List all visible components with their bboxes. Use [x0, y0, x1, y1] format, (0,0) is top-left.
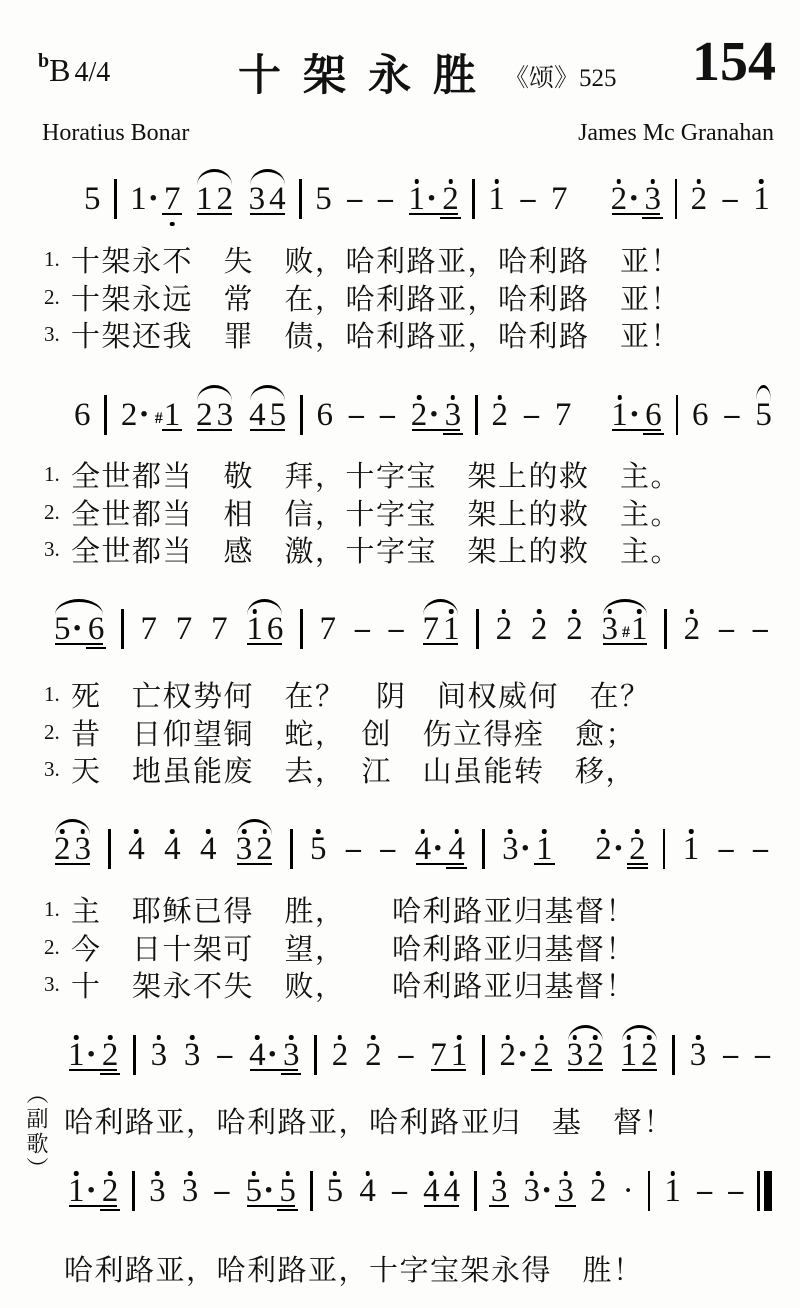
note-stack: 4 — [249, 392, 266, 438]
note-number: 2 — [196, 397, 213, 433]
beam-underline — [412, 429, 460, 431]
note-group: · — [621, 1168, 636, 1214]
note-number: 1 — [164, 397, 181, 433]
note: 1 — [751, 176, 772, 222]
note-number: 6 — [88, 611, 105, 647]
note-stack: 1 — [68, 1032, 85, 1078]
note-stack: 2 — [217, 176, 234, 222]
octave-dot-high — [316, 829, 321, 834]
note-group: 2·3 — [409, 392, 463, 438]
note-stack: 1 — [536, 826, 553, 872]
verse-number: 3. — [44, 972, 71, 997]
dash-note: – — [376, 176, 395, 222]
note-stack: 2 — [691, 176, 708, 222]
note-stack: – — [389, 606, 404, 652]
note-number: – — [347, 182, 362, 215]
beam-underline — [247, 1205, 295, 1207]
flat-symbol: b — [38, 50, 49, 72]
octave-dot-high — [537, 609, 542, 614]
note-stack: 6 — [267, 606, 284, 652]
note-stack: 2 — [121, 392, 138, 438]
time-signature: 4/4 — [74, 57, 110, 88]
note-number: – — [755, 1038, 770, 1071]
note-number: – — [214, 1174, 229, 1207]
note-number: 2 — [102, 1037, 119, 1073]
beam-underline — [603, 643, 647, 645]
octave-dot-high — [450, 1171, 455, 1176]
note-group: 16 — [244, 606, 285, 652]
augmentation-dot: · — [263, 1168, 274, 1214]
note-number: 3 — [491, 1173, 508, 1209]
note-number: 7 — [320, 611, 337, 647]
note-group: 7 — [549, 176, 570, 222]
note-group: 1 — [751, 176, 772, 222]
note-stack: 5 — [327, 1168, 344, 1214]
octave-dot-high — [60, 829, 65, 834]
note-number: 5 — [84, 181, 101, 217]
note-number: 1 — [196, 181, 213, 217]
note-stack: 4 — [415, 826, 432, 872]
octave-dot-high — [365, 1171, 370, 1176]
note-stack: 3 — [491, 1168, 508, 1214]
note: 4 — [126, 826, 147, 872]
note: 4 — [162, 826, 183, 872]
note: 4 — [421, 1168, 442, 1214]
octave-dot-low — [170, 222, 175, 227]
note: 2 — [689, 176, 710, 222]
octave-dot-high — [647, 1035, 652, 1040]
verse-text: 昔 日仰望铜 蛇， 创 伤立得痊 愈； — [71, 712, 636, 753]
note-number: – — [389, 612, 404, 645]
music-line-3: 5·6777167––712223#12–– — [52, 606, 770, 652]
hymn-number: 154 — [692, 30, 776, 94]
note-group: 1·2 — [66, 1032, 120, 1078]
note-group: 1 — [486, 176, 507, 222]
note-group: 2 — [564, 606, 585, 652]
bar-line — [663, 829, 666, 869]
note-stack: 2 — [595, 826, 612, 872]
note: 3 — [565, 1032, 586, 1078]
note-group: 2 — [588, 1168, 609, 1214]
octave-dot-high — [650, 179, 655, 184]
octave-dot-high — [572, 609, 577, 614]
note-stack: 4 — [128, 826, 145, 872]
verse-number: 3. — [44, 322, 71, 347]
augmentation-dot: · — [86, 1032, 97, 1078]
note-number: 3 — [283, 1037, 300, 1073]
octave-dot-high — [414, 179, 419, 184]
composer-credit: James Mc Granahan — [578, 120, 774, 147]
note: 5 — [277, 1168, 298, 1214]
dash-note: – — [522, 392, 541, 438]
note-group: 6 — [72, 392, 93, 438]
beam-underline — [69, 1069, 117, 1071]
note-group: – — [387, 606, 406, 652]
augmentation-dot: · — [520, 826, 531, 872]
note-number: – — [392, 1174, 407, 1207]
note-group: 5·6 — [52, 606, 106, 652]
note-stack: 5 — [246, 1168, 263, 1214]
octave-dot-high — [155, 1171, 160, 1176]
note-stack: 1 — [196, 176, 213, 222]
note-number: – — [723, 182, 738, 215]
octave-dot-high — [285, 1171, 290, 1176]
dash-note: – — [344, 826, 363, 872]
octave-dot-high — [252, 1171, 257, 1176]
verse-text: 十 架永不失 败， 哈利路亚归基督！ — [71, 964, 636, 1005]
note-group: 4 — [198, 826, 219, 872]
note: 6 — [643, 392, 664, 438]
note-number: 5 — [246, 1173, 263, 1209]
octave-dot-high — [494, 179, 499, 184]
note-number: 2 — [102, 1173, 119, 1209]
underline — [555, 1205, 576, 1207]
verse-line: 3.天 地虽能废 去， 江 山虽能转 移， — [44, 751, 651, 789]
dash-note: – — [345, 176, 364, 222]
note-number: 3 — [644, 181, 661, 217]
note-number: 3 — [690, 1037, 707, 1073]
note-number: 3 — [249, 181, 266, 217]
octave-dot-high — [108, 1171, 113, 1176]
beam-underline — [250, 1069, 298, 1071]
note-group: – — [717, 826, 736, 872]
note-number: 2 — [629, 831, 646, 867]
note-group: 3 — [489, 1168, 510, 1214]
octave-dot-high — [74, 1035, 79, 1040]
verse-number: 3. — [44, 757, 71, 782]
octave-dot-high — [627, 1035, 632, 1040]
note-stack: 7 — [422, 606, 439, 652]
note: 7 — [138, 606, 159, 652]
note: 6 — [265, 606, 286, 652]
beam-underline — [55, 643, 103, 645]
augmentation-dot: · — [628, 176, 639, 222]
octave-dot-high — [255, 1035, 260, 1040]
note-number: 4 — [128, 831, 145, 867]
note-group: 3 — [688, 1032, 709, 1078]
octave-dot-high — [601, 829, 606, 834]
note-number: 4 — [249, 397, 266, 433]
note-number: – — [378, 182, 393, 215]
octave-dot-high — [617, 179, 622, 184]
note-stack: 4 — [200, 826, 217, 872]
double-underline — [440, 217, 461, 219]
note: 1· — [406, 176, 440, 222]
augmentation-dot: · — [517, 1032, 528, 1078]
note-number: – — [349, 398, 364, 431]
music-line-6: 1·233–5·554–4433·32·1–– — [66, 1168, 772, 1214]
octave-dot-high — [417, 395, 422, 400]
verse-text: 主 耶稣已得 胜， 哈利路亚归基督！ — [71, 889, 636, 930]
note-group: 7 — [553, 392, 574, 438]
note-number: 2 — [595, 831, 612, 867]
note: 7 — [162, 176, 183, 222]
note-stack: 4 — [359, 1168, 376, 1214]
note: 2 — [100, 1032, 121, 1078]
note-number: – — [217, 1038, 232, 1071]
octave-dot-high — [108, 1035, 113, 1040]
music-line-5: 1·233–4·322–712·232123–– — [66, 1032, 772, 1078]
octave-dot-high — [530, 1171, 535, 1176]
note: 7 — [174, 606, 195, 652]
dash-note: – — [387, 606, 406, 652]
note-stack: 3 — [149, 1168, 166, 1214]
note-stack: 5 — [54, 606, 71, 652]
verse-line: 2.昔 日仰望铜 蛇， 创 伤立得痊 愈； — [44, 714, 651, 752]
beam-underline — [197, 429, 232, 431]
octave-dot-high — [457, 1035, 462, 1040]
note: 1 — [244, 606, 265, 652]
note-group: – — [751, 826, 770, 872]
note-group: 2·3 — [609, 176, 663, 222]
note: 7 — [318, 606, 339, 652]
octave-dot-high — [596, 1171, 601, 1176]
note-stack: 2 — [641, 1032, 658, 1078]
spacer — [581, 199, 597, 200]
note: 1· — [609, 392, 643, 438]
octave-dot-high — [689, 829, 694, 834]
note-stack: – — [728, 1168, 743, 1214]
note: 1 — [486, 176, 507, 222]
note-stack: 3 — [502, 826, 519, 872]
octave-dot-high — [608, 609, 613, 614]
bar-line — [132, 1171, 135, 1211]
note: 7 — [420, 606, 441, 652]
note-number: 2 — [217, 181, 234, 217]
note: 5 — [753, 392, 774, 438]
note-stack: 2 — [442, 176, 459, 222]
note: 3 — [247, 176, 268, 222]
augmentation-dot: · — [428, 392, 439, 438]
note-number: 3 — [184, 1037, 201, 1073]
note: 4 — [446, 826, 467, 872]
note-number: 3 — [567, 1037, 584, 1073]
note-stack: – — [697, 1168, 712, 1214]
bar-line — [648, 1171, 651, 1211]
collection-reference: 《颂》525 — [504, 58, 617, 94]
note-number: 2 — [684, 611, 701, 647]
note-number: 1 — [451, 1037, 468, 1073]
double-underline — [277, 1209, 298, 1211]
dash-note: – — [721, 1032, 740, 1078]
note-number: – — [697, 1174, 712, 1207]
note: 1 — [662, 1168, 683, 1214]
note-stack: 1 — [488, 176, 505, 222]
augmentation-dot: · — [426, 176, 437, 222]
bar-line — [476, 609, 479, 649]
note-stack: 3 — [184, 1032, 201, 1078]
note-number: – — [719, 612, 734, 645]
bar-line-thick — [764, 1171, 772, 1211]
note-stack: – — [346, 826, 361, 872]
note-number: 3 — [217, 397, 234, 433]
note-group: 2·2 — [593, 826, 647, 872]
bar-line — [314, 1035, 317, 1075]
note: 5 — [308, 826, 329, 872]
note: 4 — [357, 1168, 378, 1214]
verse-block-1: 1.十架永不 失 败，哈利路亚，哈利路 亚！2.十架永远 常 在，哈利路亚，哈利… — [44, 241, 681, 354]
octave-dot-high — [429, 1171, 434, 1176]
double-underline — [281, 1073, 302, 1075]
note-stack: 3 — [217, 392, 234, 438]
double-underline — [627, 867, 648, 869]
dash-note: – — [753, 1032, 772, 1078]
note-number: – — [753, 612, 768, 645]
beam-underline — [250, 213, 285, 215]
note-group: 4·3 — [247, 1032, 301, 1078]
double-underline — [100, 1209, 121, 1211]
note-number: 3 — [557, 1173, 574, 1209]
note: 2 — [490, 392, 511, 438]
augmentation-dot: · — [148, 176, 159, 222]
note-number: 1 — [130, 181, 147, 217]
note-stack: 2 — [500, 1032, 517, 1078]
final-bar-line — [757, 1171, 772, 1211]
octave-dot-high — [542, 829, 547, 834]
note-group: 1·6 — [609, 392, 663, 438]
octave-dot-high — [421, 829, 426, 834]
note: 2 — [588, 1168, 609, 1214]
note-number: 5 — [327, 1173, 344, 1209]
dash-note: – — [726, 1168, 745, 1214]
note-group: – — [522, 392, 541, 438]
note-group: 7 — [209, 606, 230, 652]
bar-line — [475, 395, 478, 435]
bar-line — [300, 395, 303, 435]
note: 1· — [66, 1032, 100, 1078]
note-number: – — [524, 398, 539, 431]
octave-dot-high — [690, 609, 695, 614]
note-group: 1·2 — [66, 1168, 120, 1214]
octave-dot-high — [262, 829, 267, 834]
note: #1 — [620, 606, 650, 652]
octave-dot-high — [697, 179, 702, 184]
note-stack: 1 — [246, 606, 263, 652]
note-number: 1 — [621, 1037, 638, 1073]
note-stack: – — [349, 392, 364, 438]
note: 1 — [534, 826, 555, 872]
note-number: 7 — [555, 397, 572, 433]
note-stack: 2 — [365, 1032, 382, 1078]
lyricist-credit: Horatius Bonar — [42, 120, 189, 147]
verse-line: 1.主 耶稣已得 胜， 哈利路亚归基督！ — [44, 891, 636, 929]
octave-dot-high — [508, 829, 513, 834]
note-stack: 1 — [753, 176, 770, 222]
note-stack: – — [724, 392, 739, 438]
note-stack: 7 — [551, 176, 568, 222]
note: 1 — [441, 606, 462, 652]
note-stack: 5 — [279, 1168, 296, 1214]
bar-line — [300, 609, 303, 649]
note-group: 3 — [180, 1168, 201, 1214]
note-number: 4 — [359, 1173, 376, 1209]
underline — [531, 1069, 552, 1071]
note: 2 — [627, 826, 648, 872]
octave-dot-high — [635, 829, 640, 834]
note-group: 2 — [494, 606, 515, 652]
note-stack: 4 — [448, 826, 465, 872]
octave-dot-high — [338, 1035, 343, 1040]
note-number: 1 — [631, 611, 648, 647]
note-number: – — [520, 182, 535, 215]
note-number: 2 — [54, 831, 71, 867]
bar-line — [675, 179, 678, 219]
note-stack: 3 — [690, 1032, 707, 1078]
bar-line — [664, 609, 667, 649]
note-number: 4 — [249, 1037, 266, 1073]
dash-note: – — [396, 1032, 415, 1078]
note-group: 23 — [52, 826, 93, 872]
note-stack: – — [347, 176, 362, 222]
octave-dot-high — [333, 1171, 338, 1176]
note-number: – — [719, 832, 734, 865]
note-number: – — [355, 612, 370, 645]
note-group: 44 — [421, 1168, 462, 1214]
note: 2 — [564, 606, 585, 652]
dash-note: – — [751, 606, 770, 652]
note-stack: 3 — [75, 826, 92, 872]
note-group: 1·2 — [406, 176, 460, 222]
note-group: – — [353, 606, 372, 652]
note-number: 4 — [444, 1173, 461, 1209]
note-group: – — [215, 1032, 234, 1078]
note-group: 2 — [689, 176, 710, 222]
octave-dot-high — [563, 1171, 568, 1176]
note-group: 7 — [138, 606, 159, 652]
note: 7 — [549, 176, 570, 222]
note: 3 — [147, 1168, 168, 1214]
note-group: 2 — [529, 606, 550, 652]
octave-dot-high — [637, 609, 642, 614]
note-number: 1 — [753, 181, 770, 217]
note: 2· — [609, 176, 643, 222]
augmentation-dot: · — [86, 1168, 97, 1214]
note-number: 6 — [74, 397, 91, 433]
note-stack: – — [380, 826, 395, 872]
note-stack: 2 — [611, 176, 628, 222]
octave-dot-high — [252, 609, 257, 614]
note-stack: 1 — [408, 176, 425, 222]
octave-dot-high — [617, 395, 622, 400]
octave-dot-high — [451, 395, 456, 400]
note-stack: 3 — [236, 826, 253, 872]
note-number: 2 — [121, 397, 138, 433]
note: 7 — [428, 1032, 449, 1078]
key-signature: bB4/4 — [38, 50, 110, 89]
note: 2 — [330, 1032, 351, 1078]
note: 2 — [585, 1032, 606, 1078]
note-group: 32 — [565, 1032, 606, 1078]
bar-line — [482, 829, 485, 869]
note-stack: 1 — [621, 1032, 638, 1078]
note: 2 — [363, 1032, 384, 1078]
underline — [162, 213, 183, 215]
note-group: 2 — [330, 1032, 351, 1078]
dash-note: – — [695, 1168, 714, 1214]
double-underline — [443, 433, 464, 435]
note-group: 34 — [247, 176, 288, 222]
chorus-lyric-line-2: 哈利路亚，哈利路亚，十字宝架永得 胜！ — [64, 1248, 644, 1289]
octave-dot-high — [696, 1035, 701, 1040]
note-number: 2 — [691, 181, 708, 217]
note: 3 — [234, 826, 255, 872]
note: 4· — [413, 826, 447, 872]
note-number: 3 — [182, 1173, 199, 1209]
double-underline — [446, 867, 467, 869]
note-stack: 4 — [444, 1168, 461, 1214]
note-number: 4 — [269, 181, 286, 217]
beam-underline — [250, 429, 285, 431]
